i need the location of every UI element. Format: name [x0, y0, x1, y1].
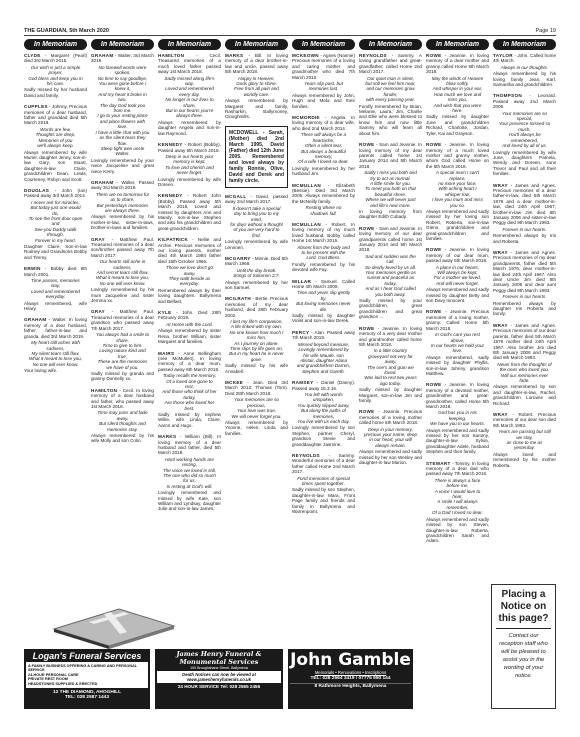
deceased-name: MCMORDIE [292, 115, 320, 120]
notice-signoff: Always remembered, sadly missed by daugh… [426, 355, 489, 377]
deceased-name: MCKEOWN [292, 53, 319, 58]
memoriam-notice: ROWE - Sam and Jeannie. In loving memory… [359, 142, 422, 220]
notice-verse: My heart still aches with sadness, My si… [28, 340, 83, 367]
memoriam-columns: In MemoriamCLYDE - Margaret (Pearl) died… [24, 39, 556, 639]
notice-verse: Fond memories of special times spent tog… [296, 476, 351, 487]
logans-tel: TEL: 028 2587 1443 [26, 695, 148, 700]
notice-verse: Our hearts still ache in sadness, And se… [95, 259, 150, 286]
memoriam-notice: ROWE - Jeannie. Precious memories of a l… [426, 309, 489, 376]
notice-verse: Always in our thoughts. [497, 65, 552, 70]
notice-signoff: Fondly remembered by his devoted wife Fa… [292, 262, 355, 273]
deceased-name: MCILRATH [225, 296, 251, 301]
notice-signoff: Sadly missed by his wife Annabell. [225, 363, 288, 374]
memoriam-column: In MemoriamCLYDE - Margaret (Pearl) died… [24, 39, 87, 639]
deceased-name: ROWE [359, 326, 375, 331]
notice-verse: Time may pass and fade away, But silent … [95, 410, 150, 432]
notice-verse: Those we love don't go away, They walk b… [162, 265, 217, 287]
logans-services-list: A FAMILY BUSINESS OFFERING A CARING AND … [26, 662, 148, 688]
logans-item: HEADSTONES SUPPLIED & ERECTED [28, 682, 146, 686]
deceased-name: ROWE [426, 53, 442, 58]
memoriam-column: In MemoriamTAYLOR - John. Called home 4t… [493, 39, 556, 639]
notice-verse: Absent from the body and to be present w… [296, 245, 351, 261]
deceased-name: TAYLOR [493, 53, 513, 58]
deceased-name: CUPPLES [24, 104, 48, 109]
notice-verse: Today recalls the memory, Of a loved one… [162, 373, 217, 411]
notice-signoff: Lovingly remembered by her husband Jim. [292, 166, 355, 177]
memoriam-notice: KYLE - John. Died 28th February 2019.At … [158, 310, 221, 344]
notice-signoff: Always remembered by Margaret and family… [225, 98, 288, 120]
memoriam-notice: HAMILTON - Cecil. In loving memory of a … [91, 388, 154, 444]
memoriam-notice: MILLAR - Samuel. Called Home 4th March 2… [292, 279, 355, 324]
memoriam-notice: MCMULLAN - Robert. In loving memory of m… [292, 222, 355, 273]
memoriam-notice: ROWE - Jeannie. In loving memory of a de… [426, 382, 489, 454]
notice-verse: Hard working hands are resting, The voic… [162, 457, 217, 489]
james-henry-ad[interactable]: James Henry Funeral & Monumental Service… [155, 649, 283, 709]
notice-verse: Years are passing but still we stay, as … [497, 429, 552, 451]
notice-verse: No farewell words were spoken, No time t… [95, 65, 150, 157]
deceased-name: MCMULLAN [292, 222, 321, 227]
notice-signoff: Lovingly remembered and missed by wife K… [158, 490, 221, 512]
memoriam-notice: STEWART - Tommy. In loving memory of a d… [426, 461, 489, 544]
section-heading: In Memoriam [493, 39, 556, 50]
notice-signoff: Remembered always by Iris and Roberta. [493, 233, 556, 244]
notice-signoff: Always remembered and sadly missed by he… [359, 449, 422, 465]
notice-verse: Words are few, Thoughts are deep, Memori… [28, 127, 83, 149]
memoriam-column: In MemoriamMCKEOWN - Agnes (Nannie) Prec… [292, 39, 355, 639]
notice-verse: Happy in Heaven, Gods glory to shine, Fr… [229, 76, 284, 98]
notice-signoff: Always remembered by her son Samuel. [225, 280, 288, 291]
memoriam-notice: REYNOLDS - Sammy. Wonderful memories of … [292, 453, 355, 514]
memoriam-notice: GRAHAM - Walter. In loving memory of a d… [24, 317, 87, 373]
memoriam-notice: MCGARRY - Minnie. Died 6th March 1969.Un… [225, 256, 288, 290]
notice-verse: I lost my life's companion, A life linke… [229, 319, 284, 362]
notice-verse: Your memories are so special, Your prese… [497, 111, 552, 149]
notice-verse: Our wish is just a simple prayer, God bl… [28, 65, 83, 87]
notice-verse: In God's care you rest above, In our hea… [430, 332, 485, 354]
notice-signoff: Always remembered by wife Muriel, daught… [24, 150, 87, 182]
deceased-name: ROWE [426, 382, 442, 387]
deceased-name: MCGARRY [225, 256, 251, 261]
notice-body: Contact our reception staff who will be … [496, 632, 551, 680]
section-heading: In Memoriam [359, 39, 422, 50]
notice-signoff: Sadly missed by son Stephen, daughter-in… [292, 487, 355, 514]
notice-signoff: Lovingly remembered by his mum Jacquelin… [91, 287, 154, 303]
memoriam-notice: MAIRS - Anne Bellingham (née McMullen), … [158, 351, 221, 429]
memoriam-notice: MCGALL - David, passed away 2nd March 20… [225, 194, 288, 250]
notice-verse: May the winds of Heaven blow softly, And… [430, 76, 485, 114]
memoriam-notice: HAMILTON - Cecil. Treasured memories of … [158, 53, 221, 136]
notice-signoff: Always remembered by John, Hugh and Mela… [292, 93, 355, 109]
notice-signoff: In loving memory from daughter Edith Cub… [359, 209, 422, 220]
deceased-name: WRAY [493, 183, 508, 188]
notice-signoff: Always remembered and sadly missed by da… [426, 287, 489, 303]
memoriam-notice: KENNEDY - Robert John (Bobby). Passed aw… [158, 193, 221, 231]
deceased-name: ROWE [359, 226, 375, 231]
masthead: THE GUARDIAN, 5th March 2020 Page 19 [24, 24, 556, 36]
deceased-name: WRAY [493, 323, 508, 328]
memoriam-notice: KENNEDY - Robert (Bobby). Passed away 5t… [158, 142, 221, 187]
henry-tel: 24 HOUR SERVICE Tel: 028 2565 2456 [157, 683, 281, 690]
memoriam-column: In MemoriamHAMILTON - Cecil. Treasured m… [158, 39, 221, 639]
notice-signoff: Always remembered by son and daughter-in… [493, 384, 556, 406]
deceased-name: MARKS [158, 434, 176, 439]
notice-signoff: Sadly missed by nephew Willie, wife Lind… [158, 412, 221, 428]
notice-heading: Placing a Notice on this page? [496, 589, 551, 629]
notice-signoff: Always remembered by daughter Angela and… [158, 120, 221, 136]
notice-verse: Time and years slip gently by, But lovin… [296, 290, 351, 312]
memoriam-notice: ROWE - Jeannie. Precious memories of a l… [359, 409, 422, 465]
notice-signoff: Always loved and remembered by his mothe… [493, 452, 556, 468]
deceased-name: ROWE [426, 142, 442, 147]
memoriam-notice: GRAHAM - Walter, 3rd March 2019.No farew… [91, 53, 154, 174]
deceased-name: KILPATRICK [158, 237, 188, 242]
deceased-name: REYNOLDS [292, 453, 320, 458]
memoriam-notice: WRAY - James and Agnes. Precious memorie… [493, 183, 556, 244]
deceased-name: ROWE [359, 142, 375, 147]
notice-verse: Years slip past, but memories last. [296, 81, 351, 92]
deceased-name: MCKEE [225, 380, 243, 385]
notice-verse: You always had a smile to share, Time to… [95, 332, 150, 370]
memoriam-notice: MARKS - William (Bill). In loving memory… [158, 434, 221, 512]
memoriam-notice: ROWE - Jeannie. In loving memory of a ve… [359, 326, 422, 404]
memoriam-notice: MCMULLAN - Elizabeth (Bessie). Died 3rd … [292, 183, 355, 216]
memoriam-notice: WRAY - James and Agnes. Precious memorie… [493, 323, 556, 406]
notice-signoff: Always remembered by his wife Molly and … [91, 433, 154, 444]
notice-verse: In a little country graveyard not very f… [363, 348, 418, 386]
memoriam-notice: DOUGLAS - John (Ian) Passed away 3rd Mar… [24, 188, 87, 260]
memoriam-notice: GRAY - Matthew Paul. Treasured memories … [91, 309, 154, 381]
section-heading: In Memoriam [24, 39, 87, 50]
deceased-name: RAMSEY [292, 380, 313, 385]
notice-verse: Our quiet man is silent, but still we fe… [363, 76, 418, 103]
notice-verse: Sadly missed along life's way, Loved and… [162, 76, 217, 119]
notice-signoff: Lovingly remembered by wife Doreen. [158, 177, 221, 188]
section-heading: In Memoriam [426, 39, 489, 50]
memoriam-notice: MCMORDIE - Angela. In loving memory of a… [292, 115, 355, 176]
logans-funeral-ad[interactable]: Logan's Funeral Services A FAMILY BUSINE… [24, 649, 150, 709]
notice-signoff: Remembered always by their loving daught… [158, 288, 221, 304]
memoriam-notice: PERCY - Alan. Passed away 7th March 2019… [292, 330, 355, 374]
logans-title: Logan's Funeral Services [26, 651, 148, 662]
deceased-name: DOUGLAS [24, 188, 49, 193]
paper-title: THE GUARDIAN, 5th March 2020 [24, 28, 109, 34]
notice-verse: I never ask for miracles, But today just… [28, 200, 83, 243]
memoriam-notice: ROWE - Jeannie. In loving memory of a mu… [426, 142, 489, 241]
deceased-name: ROWE [359, 409, 375, 414]
logans-item: A FAMILY BUSINESS OFFERING A CARING AND … [28, 664, 146, 673]
memoriam-notice: ROWE - Jeannie. In loving memory of our … [426, 247, 489, 303]
gamble-title: John Gamble [290, 651, 411, 670]
deceased-name: GRAY [91, 237, 105, 242]
gamble-address: 8 Rathmore Heights, Ballymena [290, 683, 411, 691]
section-heading: In Memoriam [292, 39, 355, 50]
notice-verse: Forever in our hearts. [497, 294, 552, 299]
deceased-name: ROWE [426, 247, 442, 252]
placing-notice-box: Placing a Notice on this page? Contact o… [491, 584, 556, 709]
deceased-name: STEWART [426, 461, 451, 466]
notice-verse: Sad and sudden was the call, So dearly l… [363, 254, 418, 297]
deceased-name: ROWE [426, 309, 442, 314]
notice-verse: You left with words unspoken, You quickl… [296, 392, 351, 424]
deceased-name: MCGALL [225, 194, 246, 199]
notice-signoff: Sadly missed by daughter Violet and son-… [292, 313, 355, 324]
memoriam-notice: MCKEOWN - Agnes (Nannie) Precious memori… [292, 53, 355, 109]
henry-title-2: Monumental Services [157, 659, 281, 667]
notice-verse: Sadly I miss you both and try to act as … [363, 170, 418, 208]
page-number: Page 19 [536, 28, 557, 34]
henry-web-url[interactable]: www.jameshenryfunerals.co.uk [158, 677, 280, 682]
deceased-name: MAIRS [158, 351, 174, 356]
deceased-name: KENNEDY [158, 193, 183, 198]
henry-web-box: Death Notices can now be viewed at www.j… [157, 671, 281, 683]
deceased-name: WRAY [493, 412, 508, 417]
notice-signoff: Always remembered and sadly missed by so… [426, 517, 489, 544]
memoriam-notice: ROWE - Jeannie. In loving memory of a de… [426, 53, 489, 136]
notice-signoff: Lovingly remembered by son Stephen, part… [292, 425, 355, 447]
memoriam-notice: GRAHAM - Walter. Passed away 3rd March 2… [91, 180, 154, 231]
memoriam-notice: CLYDE - Margaret (Pearl) died 3rd March … [24, 53, 87, 98]
notice-signoff: Always remembered and sadly missed by he… [426, 428, 489, 455]
notice-verse: Forever in our hearts. [497, 227, 552, 232]
notice-verse: A place in our hearts, Will always be ke… [430, 265, 485, 287]
notice-signoff: Lovingly remembered by wife June, daught… [493, 150, 556, 177]
notice-verse: Time passes, memories stay, Loved and re… [28, 278, 83, 300]
notice-verse: Missed beyond measure, Lovingly remember… [296, 342, 351, 374]
deceased-name: HAMILTON [158, 53, 184, 58]
memoriam-notice: REYNOLDS - Sammy. A loving grandfather a… [359, 53, 422, 136]
notice-verse: There is always a face before me, A voic… [430, 478, 485, 516]
notice-verse: Deep in your memory, precious your name,… [363, 427, 418, 449]
memoriam-notice: THOMPSON - Leonard. Passed away 2nd Marc… [493, 93, 556, 176]
notice-signoff: Your loving wife. [24, 368, 87, 373]
notice-verse: Resting where no shadows fall. [296, 205, 351, 216]
notice-signoff: Always remembered and sadly missed by he… [426, 209, 489, 241]
memoriam-column: In MemoriamREYNOLDS - Sammy. A loving gr… [359, 39, 422, 639]
newspaper-page: THE GUARDIAN, 5th March 2020 Page 19 In … [24, 24, 556, 724]
deceased-name: MILLAR [292, 279, 311, 284]
memoriam-notice: MARKS - Bill. In loving memory of a dear… [225, 53, 288, 120]
advert-strip: Logan's Funeral Services A FAMILY BUSINE… [24, 649, 556, 709]
memoriam-notice: CUPPLES - Johnny, Precious memories of a… [24, 104, 87, 182]
notice-signoff: Sadly missed by daughter Margaret, son-i… [359, 387, 422, 403]
notice-text: - Robert John (Bobby). Passed away 5th M… [158, 193, 221, 230]
notice-signoff: Daughter Claire, Son-in-law Rodney and G… [24, 244, 87, 260]
memoriam-notice: KILPATRICK - Nellie and Archie. Precious… [158, 237, 221, 304]
notice-verse: God has you in His keeping, We have you … [430, 410, 485, 426]
deceased-name: MCMULLAN [292, 183, 321, 188]
deceased-name: HAMILTON [91, 388, 117, 393]
deceased-name: GRAHAM [91, 180, 113, 185]
notice-verse: Never from the thoughts of the ones who … [497, 362, 552, 384]
notice-verse: It doesn't take a special day to bring y… [229, 206, 284, 238]
memoriam-column: In MemoriamMARKS - Bill. In loving memor… [225, 39, 288, 639]
notice-verse: There will always be a heartache, Often … [296, 132, 351, 164]
deceased-name: CLYDE [24, 53, 41, 58]
notice-signoff: Sadly missed by her husband David and fa… [24, 87, 87, 98]
notice-signoff: Always remembered, wife Hilary. [24, 301, 87, 312]
memoriam-notice: ROWE - Sam and Jeannie. In loving memory… [359, 226, 422, 320]
notice-signoff: Sadly missed by your grandchildren, grea… [359, 298, 422, 320]
memoriam-notice: MCILRATH - Bertie. Precious memories of … [225, 296, 288, 374]
notice-verse: There are no tomorrow for us to share, B… [95, 192, 150, 214]
notice-signoff: Sadly missed by daughter June and grandc… [426, 114, 489, 136]
john-gamble-ad[interactable]: John Gamble Memorials • Renovations • In… [288, 649, 413, 709]
memoriam-column: In MemoriamROWE - Jeannie. In loving mem… [426, 39, 489, 639]
deceased-name: PERCY [292, 330, 309, 335]
memoriam-column: In MemoriamGRAHAM - Walter, 3rd March 20… [91, 39, 154, 639]
deceased-name: THOMPSON [493, 93, 522, 98]
deceased-name: KYLE [158, 310, 171, 315]
notice-signoff: Sadly missed by granda and granny Donnel… [91, 371, 154, 382]
notice-signoff: Remembered always by daughter Iris Rober… [493, 301, 556, 317]
notice-text: - James and Agnes. Precious memories of … [493, 250, 556, 293]
bible-cross-icon [49, 604, 179, 649]
deceased-name: ERWIN [24, 266, 41, 271]
notice-signoff: Fondly remembered by Brian, Melanie, Lau… [359, 104, 422, 136]
memoriam-notice: MCKEE - Jean. Died 3rd March 2012; Thoma… [225, 380, 288, 436]
notice-signoff: Always remembered by his loving family J… [493, 71, 556, 87]
memoriam-notice: RAMSEY - Daniel (Danny). Passed away 15.… [292, 380, 355, 447]
memoriam-notice: MCDOWELL - Sarah, (Mother) died 2nd Marc… [225, 126, 288, 188]
deceased-name: MARKS [225, 53, 243, 58]
notice-verse: Deep in our hearts your memory is kept, … [162, 154, 217, 176]
memoriam-notice: ERWIN - Bobby died 9th March 2001.Time p… [24, 266, 87, 311]
section-heading: In Memoriam [225, 39, 288, 50]
deceased-name: KENNEDY [158, 142, 183, 147]
notice-text: - Sarah, (Mother) died 2nd March 1995, D… [229, 130, 284, 184]
notice-verse: Until the day break. Songs of Solomon 2:… [229, 268, 284, 279]
deceased-name: GRAY [91, 309, 105, 314]
notice-text: - James and Agnes. Precious memories of … [493, 323, 556, 360]
notice-signoff: Always remembered by sister Rena, brothe… [158, 328, 221, 344]
deceased-name: WRAY [493, 250, 508, 255]
deceased-name: GRAHAM [24, 317, 46, 322]
memoriam-notice: WRAY - James and Agnes. Precious memorie… [493, 250, 556, 317]
memoriam-notice: WRAY - Robert. Precious memories of our … [493, 412, 556, 468]
notice-verse: Your memories are so precious, Your love… [229, 397, 284, 419]
notice-signoff: Always remembered by Yvonne, Helen, Lind… [225, 420, 288, 436]
notice-verse: A special mum I can't replace, no more y… [430, 170, 485, 208]
notice-signoff: Lovingly remembered by wife Lennnen. [225, 239, 288, 250]
notice-signoff: Lovingly remembered by your niece Jacque… [91, 158, 154, 174]
notice-verse: At Home with the Lord. [162, 322, 217, 327]
deceased-name: REYNOLDS [359, 53, 387, 58]
notice-text: - James and Agnes. Precious memories of … [493, 183, 556, 226]
section-heading: In Memoriam [91, 39, 154, 50]
section-heading: In Memoriam [158, 39, 221, 50]
deceased-name: GRAHAM [91, 53, 113, 58]
notice-signoff: Always remembered by his mother-in-law, … [91, 214, 154, 230]
memoriam-notice: TAYLOR - John. Called home 4th March.Alw… [493, 53, 556, 87]
memoriam-notice: GRAY - Matthew Paul. Treasured memories … [91, 237, 154, 304]
